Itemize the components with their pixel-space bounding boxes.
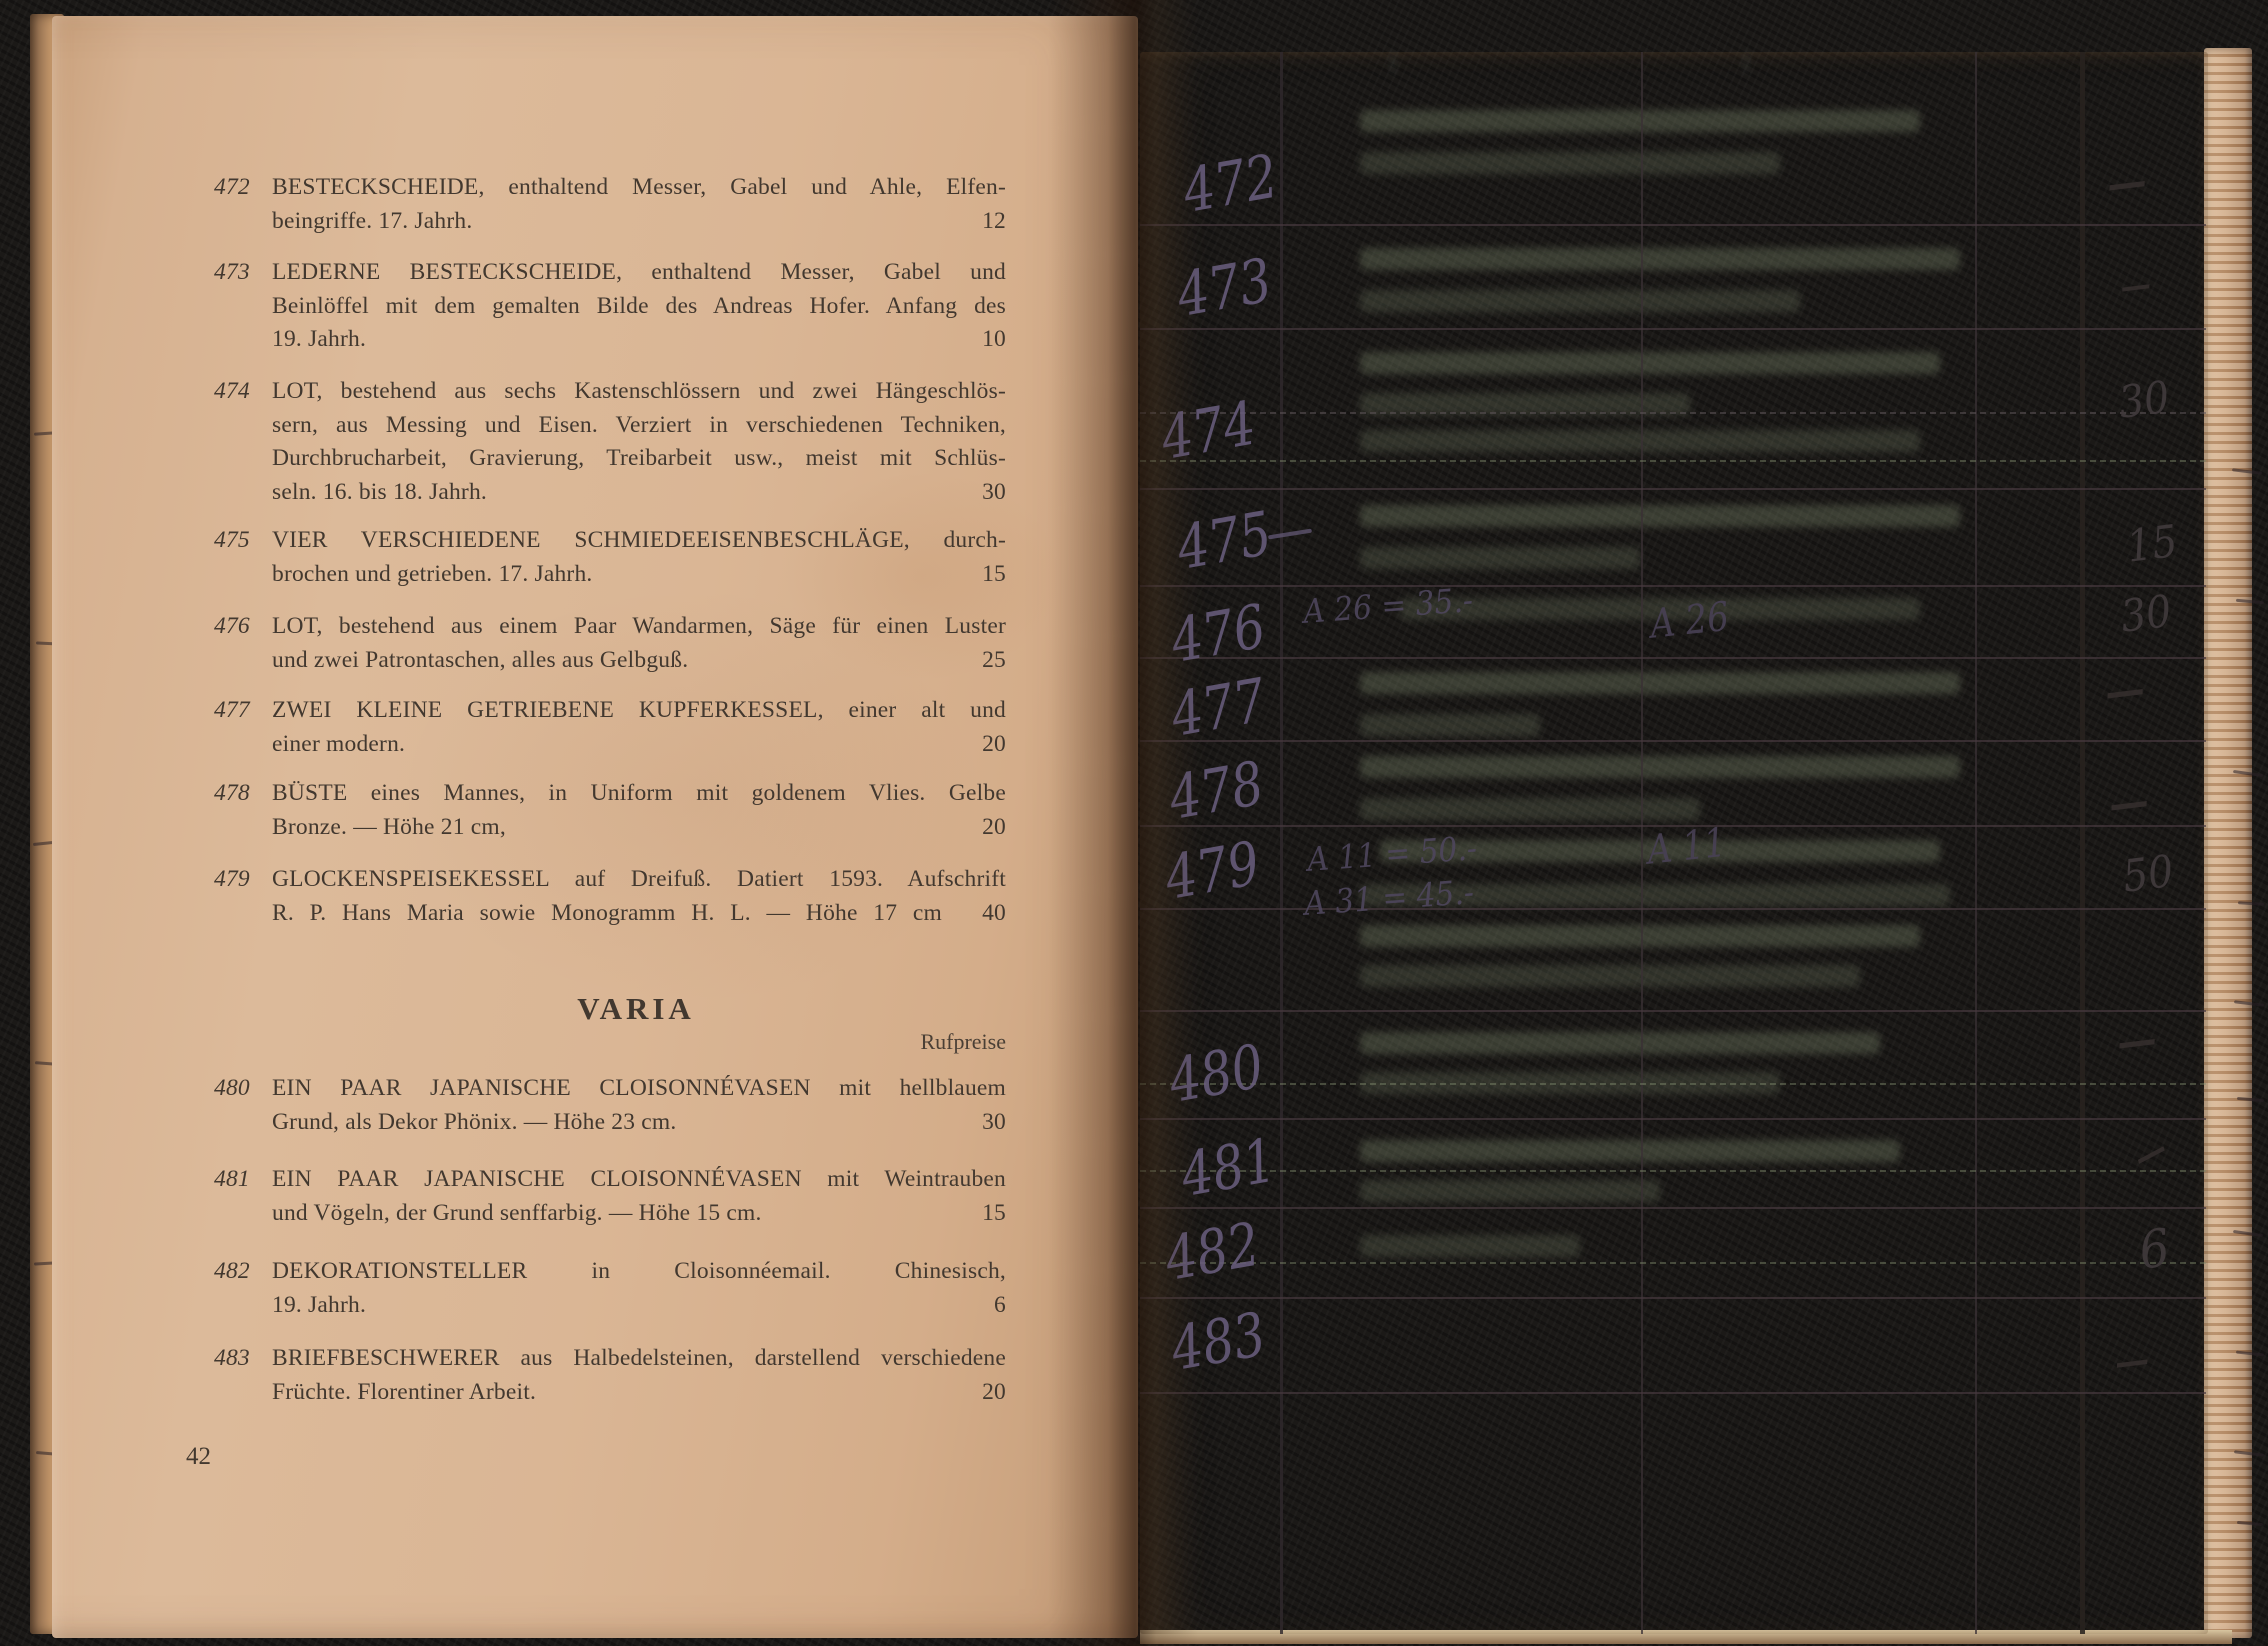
entry-line: DEKORATIONSTELLER in Cloisonnéemail. Chi… [272, 1255, 1006, 1289]
entry-line: VIER VERSCHIEDENE SCHMIEDEEISENBESCHLÄGE… [272, 524, 1006, 558]
lot-number: 477 [214, 694, 260, 728]
entry-line: EIN PAAR JAPANISCHE CLOISONNÉVASEN mit h… [272, 1072, 1006, 1106]
entry-line: LOT, bestehend aus sechs Kastenschlösser… [272, 375, 1006, 409]
catalog-entry-481: 481 EIN PAAR JAPANISCHE CLOISONNÉVASEN m… [272, 1163, 1006, 1230]
entry-line: Beinlöffel mit dem gemalten Bilde des An… [272, 290, 1006, 324]
starting-price: 30 [982, 1106, 1006, 1140]
bleed-through-text [1360, 547, 1640, 569]
entry-line: EIN PAAR JAPANISCHE CLOISONNÉVASEN mit W… [272, 1163, 1006, 1197]
bleed-through-text [1360, 505, 1960, 527]
entry-line: BESTECKSCHEIDE, enthaltend Messer, Gabel… [272, 171, 1006, 205]
ledger-rule-horizontal [1140, 740, 2206, 742]
ledger-rule-horizontal [1140, 1010, 2206, 1012]
bleed-through-text [1360, 672, 1960, 694]
ledger-rule-vertical-heavy [2080, 52, 2085, 1634]
bleed-through-text [1360, 290, 1800, 312]
lot-number: 482 [214, 1255, 260, 1289]
ledger-rule-horizontal [1140, 488, 2206, 490]
entry-line: und Vögeln, der Grund senffarbig. — Höhe… [272, 1197, 1006, 1231]
ledger-rule-horizontal [1140, 1207, 2206, 1209]
entry-line: 19. Jahrh.10 [272, 323, 1006, 357]
handwritten-result: 50 [2120, 846, 2176, 903]
ledger-rule-horizontal-faint [1140, 1083, 2206, 1085]
bleed-through-text [1360, 1235, 1580, 1257]
entry-line: BÜSTE eines Mannes, in Uniform mit golde… [272, 777, 1006, 811]
entry-line: Bronze. — Höhe 21 cm,20 [272, 811, 1006, 845]
bleed-through-text [1360, 798, 1700, 820]
ledger-rule-horizontal [1140, 1118, 2206, 1120]
entry-line: seln. 16. bis 18. Jahrh.30 [272, 476, 1006, 510]
scanned-book-spread: { "left_page": { "entries": [ {"lot":"47… [0, 0, 2268, 1646]
entry-line: Grund, als Dekor Phönix. — Höhe 23 cm.30 [272, 1106, 1006, 1140]
handwritten-result: — [2114, 1013, 2160, 1068]
catalog-entry-474: 474 LOT, bestehend aus sechs Kastenschlö… [272, 375, 1006, 509]
catalog-entry-476: 476 LOT, bestehend aus einem Paar Wandar… [272, 610, 1006, 677]
book-right-fore-edge [2204, 48, 2252, 1638]
lot-number: 479 [214, 863, 260, 897]
entry-line: einer modern.20 [272, 728, 1006, 762]
lot-number: 474 [214, 375, 260, 409]
entry-line: 19. Jahrh.6 [272, 1289, 1006, 1323]
ledger-rule-horizontal [1140, 908, 2206, 910]
handwritten-reference: A 26 [1648, 594, 1731, 648]
handwritten-result: 30 [2118, 586, 2174, 643]
starting-price: 25 [982, 644, 1006, 678]
starting-price: 30 [982, 476, 1006, 510]
starting-price: 15 [982, 1197, 1006, 1231]
starting-price: 12 [982, 205, 1006, 239]
bleed-through-text [1360, 248, 1960, 270]
starting-price: 20 [982, 728, 1006, 762]
lot-number: 475 [214, 524, 260, 558]
handwritten-result: — [2118, 264, 2153, 307]
bleed-through-text [1360, 430, 1920, 452]
price-column-label: Rufpreise [920, 1029, 1006, 1055]
ledger-rule-vertical [1280, 52, 1283, 1634]
handwritten-result: 30 [2116, 372, 2172, 429]
catalog-entry-479: 479 GLOCKENSPEISEKESSEL auf Dreifuß. Dat… [272, 863, 1006, 930]
ledger-rule-horizontal [1140, 328, 2206, 330]
bleed-through-text [1360, 925, 1920, 947]
catalog-entry-477: 477 ZWEI KLEINE GETRIEBENE KUPFERKESSEL,… [272, 694, 1006, 761]
entry-line: BRIEFBESCHWERER aus Halbedelsteinen, dar… [272, 1342, 1006, 1376]
entry-line: R. P. Hans Maria sowie Monogramm H. L. —… [272, 897, 1006, 931]
starting-price: 15 [982, 558, 1006, 592]
ledger-rule-vertical-faint [1392, 52, 1394, 74]
lot-number: 480 [214, 1072, 260, 1106]
ledger-rule-vertical-faint [1745, 52, 1747, 74]
catalog-entry-472: 472 BESTECKSCHEIDE, enthaltend Messer, G… [272, 171, 1006, 238]
catalog-entry-480: 480 EIN PAAR JAPANISCHE CLOISONNÉVASEN m… [272, 1072, 1006, 1139]
entry-line: ZWEI KLEINE GETRIEBENE KUPFERKESSEL, ein… [272, 694, 1006, 728]
lot-number: 472 [214, 171, 260, 205]
starting-price: 40 [982, 897, 1006, 931]
bleed-through-text [1360, 1180, 1660, 1202]
handwritten-result: 15 [2124, 516, 2180, 573]
entry-line: brochen und getrieben. 17. Jahrh.15 [272, 558, 1006, 592]
section-heading: VARIA [577, 991, 695, 1027]
handwritten-result: — [2102, 663, 2148, 718]
ledger-rule-horizontal [1140, 224, 2206, 226]
ledger-rule-horizontal-faint [1140, 460, 2206, 462]
bleed-through-text [1360, 1032, 1880, 1054]
catalog-entry-478: 478 BÜSTE eines Mannes, in Uniform mit g… [272, 777, 1006, 844]
handwritten-result: — [2104, 155, 2150, 210]
entry-line: Durchbrucharbeit, Gravierung, Treibarbei… [272, 442, 1006, 476]
bleed-through-text [1360, 756, 1960, 778]
starting-price: 10 [982, 323, 1006, 357]
lot-number: 473 [214, 256, 260, 290]
catalog-entry-483: 483 BRIEFBESCHWERER aus Halbedelsteinen,… [272, 1342, 1006, 1409]
ledger-rule-vertical [1975, 52, 1977, 1634]
starting-price: 20 [982, 811, 1006, 845]
ledger-rule-horizontal [1140, 585, 2206, 587]
bleed-through-text [1360, 965, 1860, 987]
bleed-through-text [1360, 714, 1540, 736]
entry-line: Früchte. Florentiner Arbeit.20 [272, 1376, 1006, 1410]
lot-number: 481 [214, 1163, 260, 1197]
bleed-through-text [1360, 110, 1920, 132]
entry-line: sern, aus Messing und Eisen. Verziert in… [272, 409, 1006, 443]
handwritten-result: — [2106, 775, 2152, 830]
entry-line: beingriffe. 17. Jahrh.12 [272, 205, 1006, 239]
handwritten-result: — [2112, 1336, 2151, 1385]
lot-number: 478 [214, 777, 260, 811]
page-number: 42 [186, 1443, 211, 1471]
entry-line: GLOCKENSPEISEKESSEL auf Dreifuß. Datiert… [272, 863, 1006, 897]
lot-number: 483 [214, 1342, 260, 1376]
entry-line: LOT, bestehend aus einem Paar Wandarmen,… [272, 610, 1006, 644]
ledger-rule-horizontal-dashed [1140, 412, 2206, 414]
catalog-entry-475: 475 VIER VERSCHIEDENE SCHMIEDEEISENBESCH… [272, 524, 1006, 591]
ledger-rule-vertical [1641, 52, 1643, 1634]
handwritten-reference: A 11 [1645, 820, 1728, 874]
catalog-entry-473: 473 LEDERNE BESTECKSCHEIDE, enthaltend M… [272, 256, 1006, 357]
ledger-rule-horizontal [1140, 657, 2206, 659]
starting-price: 20 [982, 1376, 1006, 1410]
ledger-rule-horizontal [1140, 1297, 2206, 1299]
ledger-rule-horizontal-faint [1140, 1170, 2206, 1172]
bleed-through-text [1360, 1140, 1900, 1162]
starting-price: 6 [994, 1289, 1006, 1323]
entry-line: LEDERNE BESTECKSCHEIDE, enthaltend Messe… [272, 256, 1006, 290]
ledger-rule-horizontal-faint [1140, 1262, 2206, 1264]
lot-number: 476 [214, 610, 260, 644]
entry-line: und zwei Patrontaschen, alles aus Gelbgu… [272, 644, 1006, 678]
bleed-through-text [1360, 152, 1780, 174]
bleed-through-text [1360, 352, 1940, 374]
ledger-rule-horizontal [1140, 1392, 2206, 1394]
catalog-entry-482: 482 DEKORATIONSTELLER in Cloisonnéemail.… [272, 1255, 1006, 1322]
